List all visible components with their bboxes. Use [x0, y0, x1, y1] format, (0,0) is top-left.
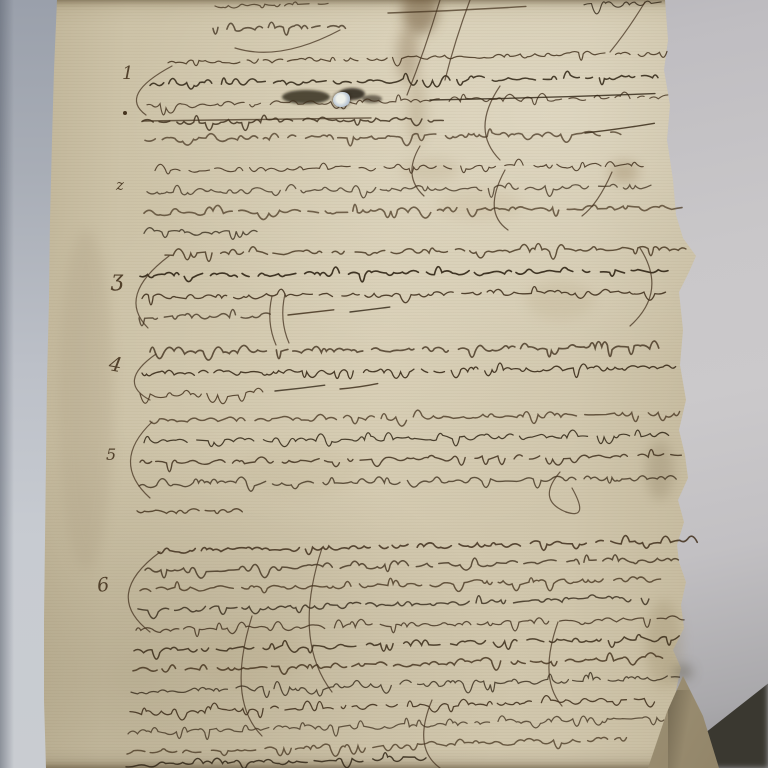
handwritten-line	[140, 572, 661, 600]
handwritten-line	[128, 711, 664, 742]
pen-dash	[275, 385, 325, 391]
paper-stain	[526, 280, 594, 320]
pen-dash	[340, 384, 378, 389]
pen-dash	[585, 123, 655, 133]
handwritten-line	[584, 1, 661, 14]
handwritten-line	[142, 361, 676, 383]
handwritten-line	[150, 340, 659, 362]
margin-number-3: ʒ	[110, 267, 124, 292]
handwritten-line	[144, 201, 682, 221]
pen-flourish	[566, 488, 580, 514]
photo: 1 z ʒ 4 5 6	[0, 0, 768, 768]
handwritten-line	[142, 113, 443, 131]
margin-number-1: 1	[122, 63, 133, 84]
handwritten-line	[139, 309, 270, 326]
margin-number-6: 6	[96, 573, 111, 596]
handwritten-line	[145, 553, 679, 580]
handwritten-line	[140, 388, 263, 404]
pen-flourish	[485, 86, 500, 160]
pen-flourish	[610, 2, 645, 52]
handwritten-line	[213, 21, 346, 36]
handwritten-line	[140, 449, 682, 472]
paper-stain	[408, 78, 426, 146]
handwritten-line	[139, 471, 676, 493]
margin-dot	[123, 111, 127, 115]
margin-number-5: 5	[106, 445, 116, 464]
handwritten-line	[215, 1, 328, 8]
handwritten-line	[126, 752, 426, 768]
margin-number-2: z	[115, 176, 124, 194]
paper-stain	[195, 623, 305, 687]
handwritten-line	[138, 592, 649, 619]
handwritten-line	[145, 127, 621, 149]
pen-flourish	[128, 552, 160, 632]
pen-flourish	[445, 0, 470, 80]
pen-flourish	[136, 66, 172, 115]
handwritten-line	[150, 406, 680, 429]
pen-dash	[350, 307, 390, 312]
handwritten-line	[140, 264, 668, 285]
handwritten-line	[137, 508, 242, 514]
handwritten-line	[144, 227, 257, 241]
ink-layer: 1 z ʒ 4 5 6	[0, 0, 768, 768]
handwritten-line	[144, 429, 669, 451]
pen-flourish	[270, 296, 276, 345]
handwritten-line	[147, 180, 651, 200]
pen-flourish	[630, 248, 652, 326]
handwritten-line	[165, 242, 686, 263]
pen-flourish	[134, 354, 156, 400]
paper-stain	[397, 27, 419, 83]
ink-smear	[362, 95, 382, 103]
paper-hole	[333, 92, 350, 107]
pen-flourish	[283, 294, 289, 343]
handwritten-line	[130, 692, 655, 722]
handwritten-line	[127, 735, 627, 762]
handwritten-line	[158, 534, 697, 557]
paper-stain	[58, 230, 114, 570]
paper-stain	[240, 444, 360, 496]
paper-stain	[438, 190, 522, 220]
paper-stain	[646, 440, 674, 500]
handwritten-line	[155, 158, 643, 176]
pen-dash	[288, 310, 334, 315]
pen-flourish	[309, 548, 332, 692]
